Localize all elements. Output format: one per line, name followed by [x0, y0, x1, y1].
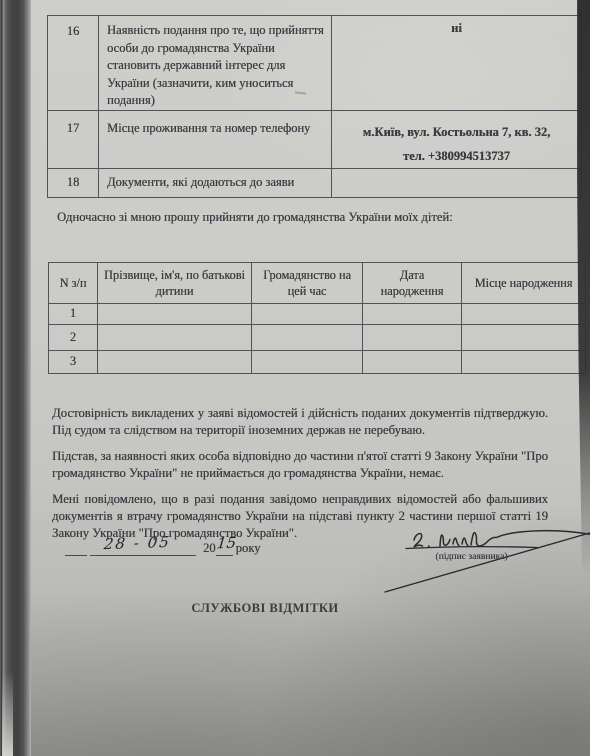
row-value: м.Київ, вул. Костьольна 7, кв. 32, тел. …	[332, 110, 582, 168]
document-page: 16 Наявність подання про те, що прийнятт…	[31, 0, 590, 756]
child-row: 1	[49, 304, 586, 325]
child-birth-place-cell	[462, 304, 586, 325]
book-binding-shadow	[0, 0, 31, 756]
child-citizenship-cell	[252, 325, 363, 351]
row-label: Документи, які додаються до заяви	[99, 168, 332, 197]
declaration-paragraph: Підстав, за наявності яких особа відпові…	[52, 448, 548, 482]
address-line-2: тел. +380994513737	[338, 144, 575, 168]
year-suffix-printed: року	[236, 541, 261, 556]
table-row-17: 17 Місце проживання та номер телефону м.…	[48, 110, 582, 168]
date-line: 28 - 05 20 15 року	[65, 534, 260, 556]
scanned-document-photo: 16 Наявність подання про те, що прийнятт…	[0, 0, 590, 756]
row-label: Наявність подання про те, що прийняття о…	[99, 16, 332, 111]
table-row-16: 16 Наявність подання про те, що прийнятт…	[48, 16, 582, 111]
child-name-cell	[98, 304, 252, 325]
child-row: 2	[49, 325, 586, 351]
child-birth-place-cell	[462, 325, 586, 351]
child-name-cell	[98, 351, 252, 374]
child-birth-date-cell	[363, 304, 462, 325]
children-table-header: N з/п Прізвище, ім'я, по батькові дитини…	[49, 263, 586, 304]
child-row-number: 2	[49, 325, 98, 351]
signature-caption: (підпис заявника)	[406, 551, 537, 562]
child-name-cell	[98, 325, 252, 351]
handwritten-day-month: 28 - 05	[103, 533, 172, 553]
row-number: 18	[48, 168, 99, 197]
header-name: Прізвище, ім'я, по батькові дитини	[98, 263, 252, 304]
handwritten-year: 15	[216, 534, 237, 553]
header-birth-place: Місце народження	[462, 263, 586, 304]
year-prefix-printed: 20	[203, 541, 216, 556]
children-intro-text: Одночасно зі мною прошу прийняти до гром…	[57, 210, 487, 225]
children-table: N з/п Прізвище, ім'я, по батькові дитини…	[48, 262, 586, 374]
table-row-18: 18 Документи, які додаються до заяви	[48, 168, 582, 197]
header-num: N з/п	[49, 263, 98, 304]
page-content: 16 Наявність подання про те, що прийнятт…	[31, 0, 590, 756]
day-month-underline: 28 - 05	[90, 541, 196, 556]
year-underline: 15	[216, 541, 233, 556]
signature-underline	[406, 547, 537, 549]
child-row-number: 3	[49, 351, 98, 374]
row-label: Місце проживання та номер телефону	[99, 110, 332, 168]
row-value: ні	[332, 16, 582, 111]
address-line-1: м.Київ, вул. Костьольна 7, кв. 32,	[338, 120, 575, 144]
child-row: 3	[49, 351, 586, 374]
row-number: 17	[48, 110, 99, 168]
underlying-page-corner	[2, 671, 13, 756]
service-marks-heading: СЛУЖБОВІ ВІДМІТКИ	[150, 601, 380, 616]
row-number: 16	[48, 16, 99, 111]
blank-underline	[65, 541, 87, 556]
header-birth-date: Дата народження	[363, 263, 462, 304]
declaration-paragraph: Достовірність викладених у заяві відомос…	[52, 405, 548, 439]
child-birth-place-cell	[462, 351, 586, 374]
header-citizenship: Громадянство на цей час	[252, 263, 363, 304]
signature-scribble	[414, 531, 590, 547]
child-birth-date-cell	[363, 325, 462, 351]
child-birth-date-cell	[363, 351, 462, 374]
application-table: 16 Наявність подання про те, що прийнятт…	[47, 15, 582, 198]
child-row-number: 1	[49, 304, 98, 325]
row-value	[332, 168, 582, 197]
child-citizenship-cell	[252, 304, 363, 325]
child-citizenship-cell	[252, 351, 363, 374]
